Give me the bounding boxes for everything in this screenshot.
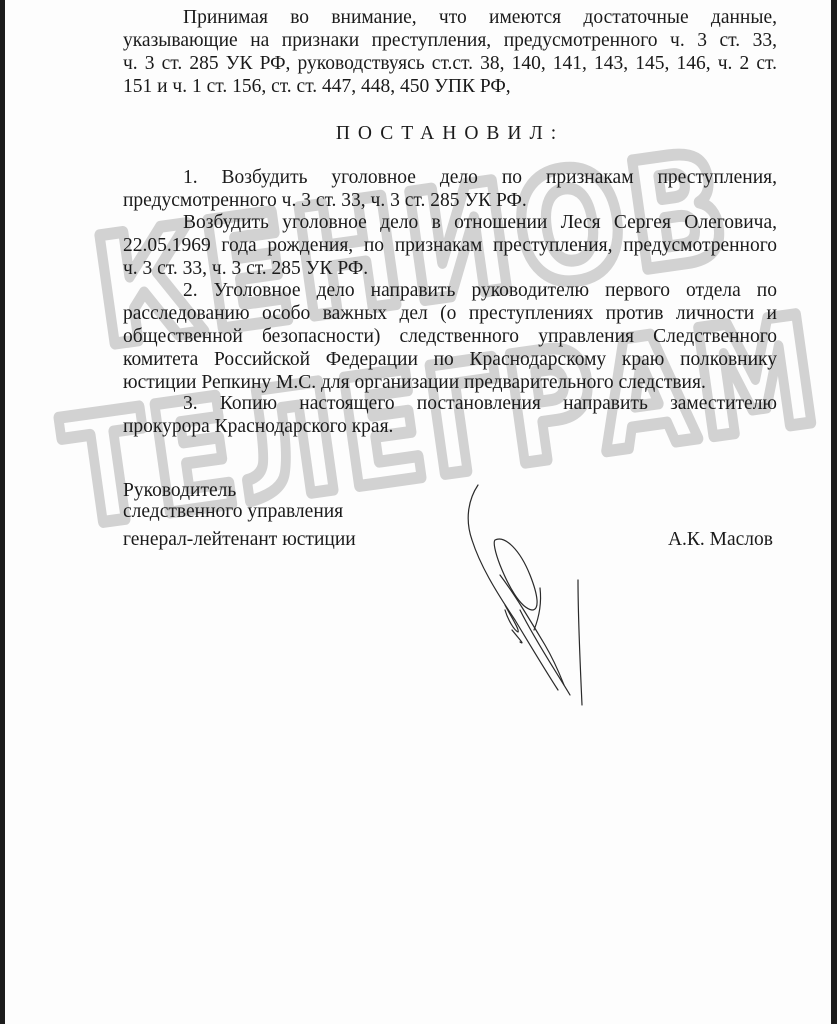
document-page: КЕНИОВ ТЕЛЕГРАМ Принимая во внимание, чт… (5, 0, 831, 1024)
item-2: 2. Уголовное дело направить руководителю… (123, 279, 777, 394)
signatory-rank: генерал-лейтенант юстиции (123, 528, 356, 551)
signatory-title: Руководитель следственного управления (123, 480, 343, 522)
resolution-heading: ПОСТАНОВИЛ: (123, 122, 777, 145)
handwritten-signature (460, 480, 610, 710)
item-1: 1. Возбудить уголовное дело по признакам… (123, 166, 777, 212)
signatory-name: А.К. Маслов (668, 528, 773, 551)
item-3: 3. Копию настоящего постановления направ… (123, 392, 777, 438)
intro-paragraph: Принимая во внимание, что имеются достат… (123, 6, 777, 98)
item-1b: Возбудить уголовное дело в отношении Лес… (123, 211, 777, 280)
